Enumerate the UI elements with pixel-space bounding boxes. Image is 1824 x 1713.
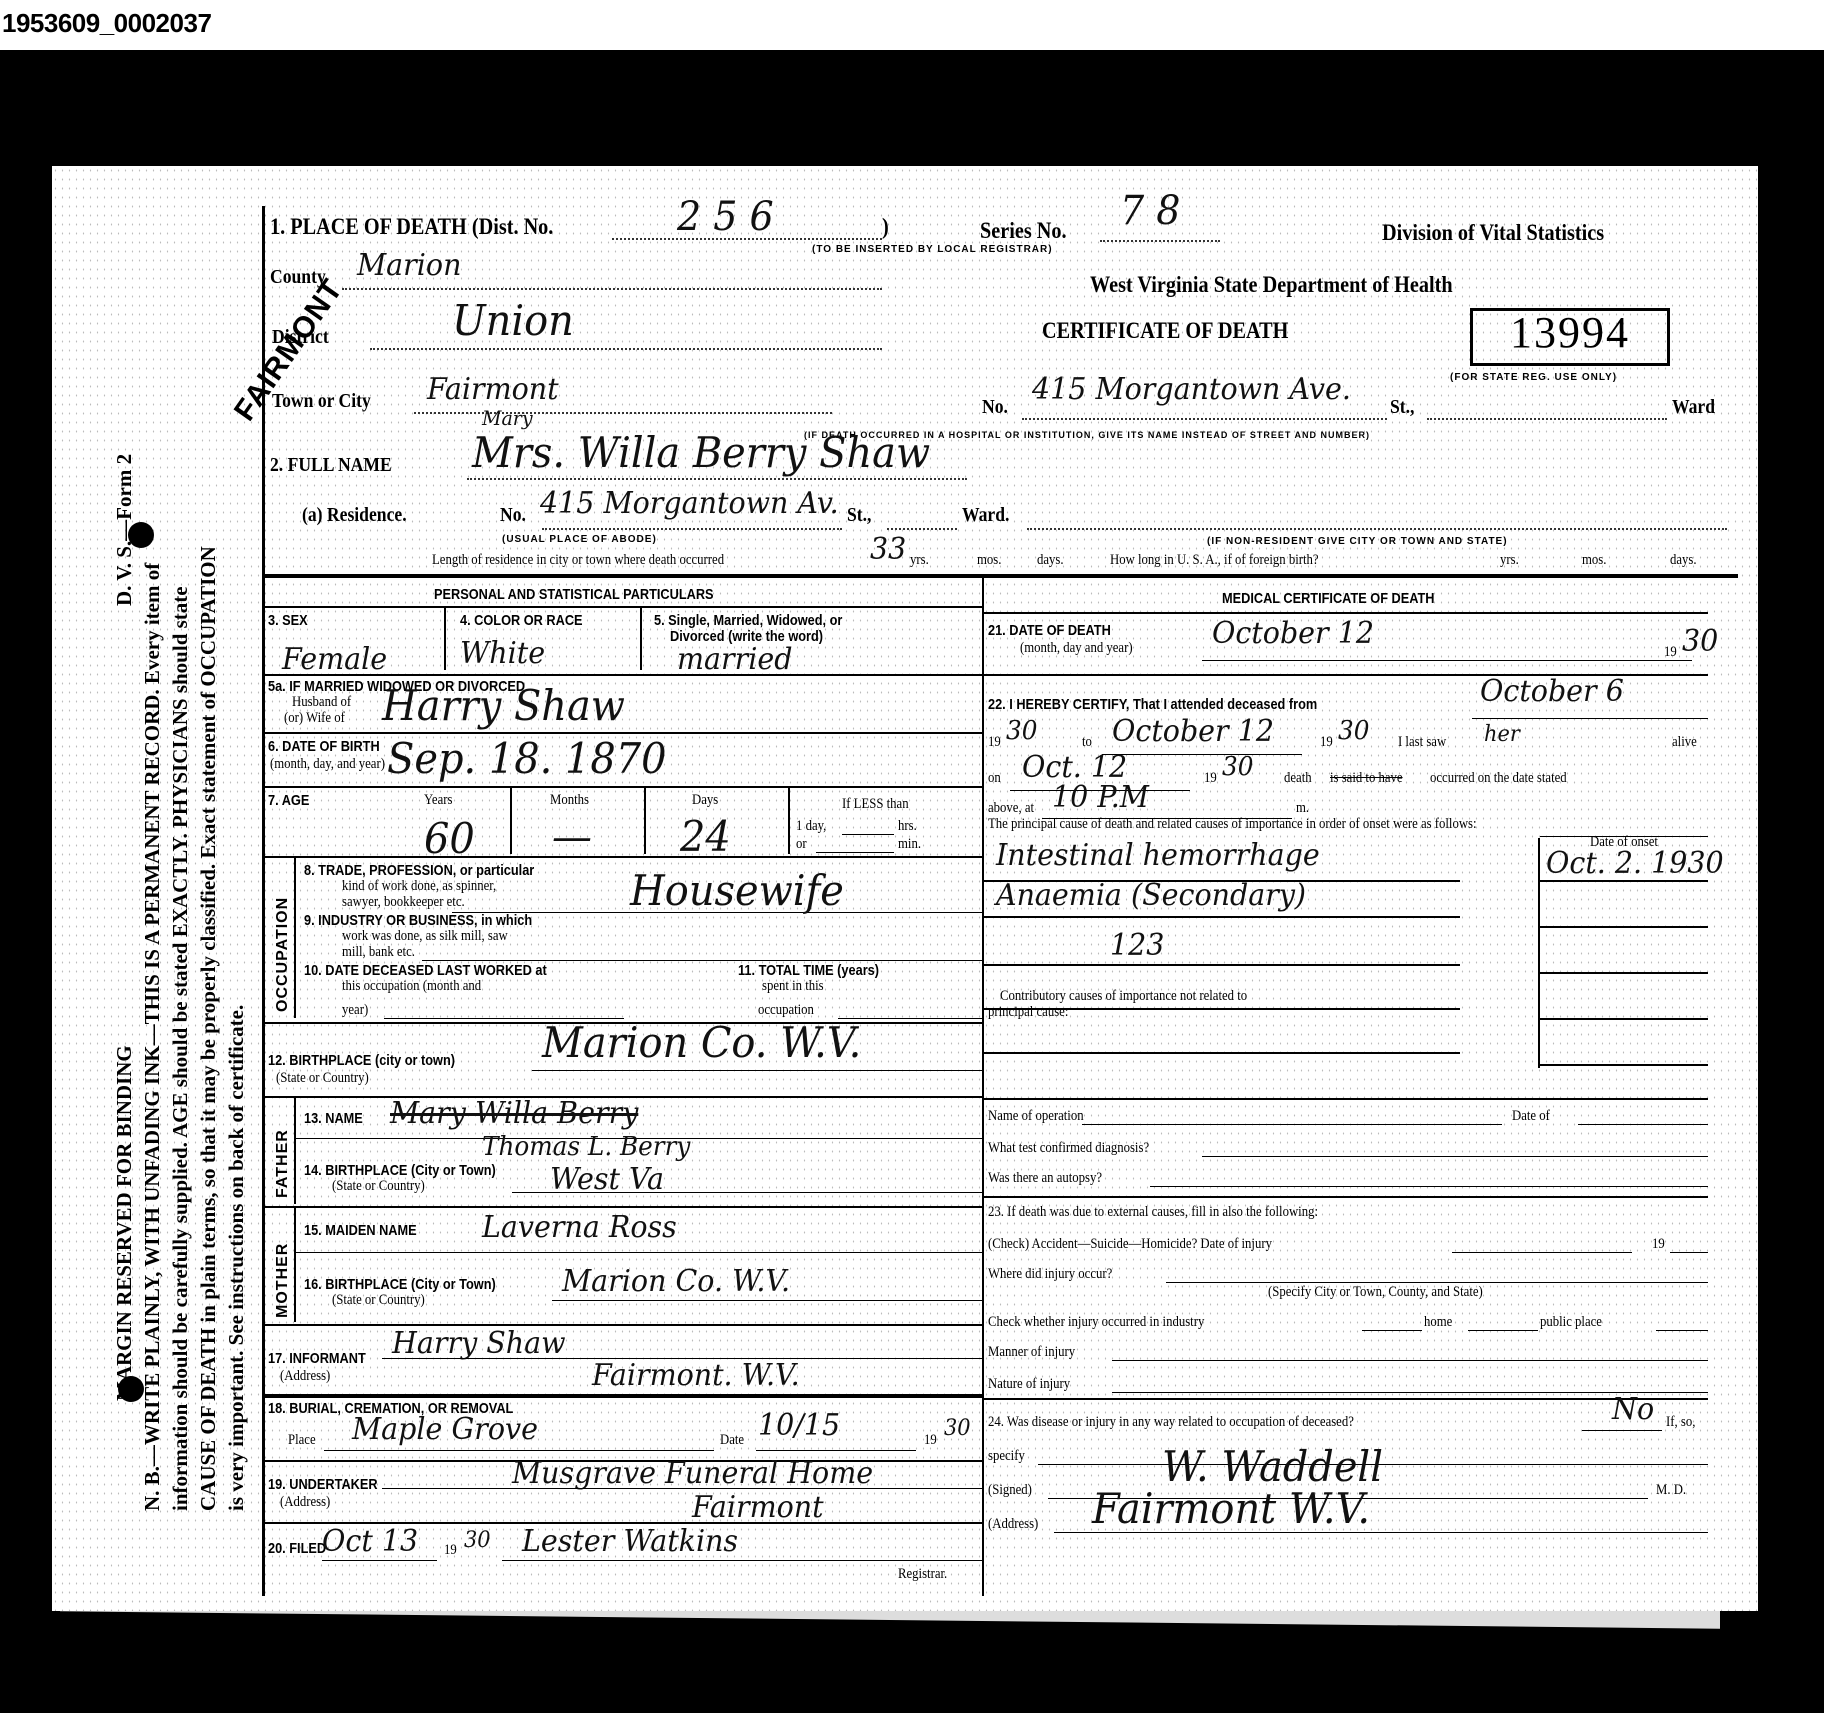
dod-year: 30 — [1682, 624, 1718, 659]
specify-label: specify — [988, 1448, 1025, 1465]
occupation-related-label: 24. Was disease or injury in any way rel… — [988, 1414, 1354, 1431]
trade-value: Housewife — [630, 866, 844, 915]
dist-no-value: 2 5 6 — [677, 194, 774, 240]
attended-from: October 6 — [1480, 674, 1624, 709]
header-divider — [264, 574, 1738, 578]
full-name-value: Mrs. Willa Berry Shaw — [472, 428, 930, 477]
age-label: 7. AGE — [268, 792, 309, 809]
dod-value: October 12 — [1212, 616, 1374, 651]
father-name-value: Thomas L. Berry — [482, 1132, 690, 1162]
physician-address-label: (Address) — [988, 1516, 1038, 1533]
external-causes-label: 23. If death was due to external causes,… — [988, 1204, 1318, 1221]
cause-3: 123 — [1110, 928, 1164, 963]
undertaker-name: Musgrave Funeral Home — [512, 1456, 873, 1491]
last-worked-label: 10. DATE DECEASED LAST WORKED at — [304, 962, 547, 979]
death-certificate-page: MARGIN RESERVED FOR BINDING D. V. S.—For… — [52, 166, 1758, 1611]
margin-binding-note: MARGIN RESERVED FOR BINDING — [112, 1045, 137, 1401]
sex-value: Female — [282, 642, 387, 677]
nature-of-injury-label: Nature of injury — [988, 1376, 1070, 1393]
series-no-value: 7 8 — [1120, 188, 1180, 234]
district-label: District — [272, 326, 329, 349]
place-of-death-label: 1. PLACE OF DEATH (Dist. No. — [270, 214, 553, 240]
county-value: Marion — [357, 248, 461, 283]
street-value: 415 Morgantown Ave. — [1032, 372, 1351, 407]
race-label: 4. COLOR OR RACE — [460, 612, 583, 629]
last-saw-year: 30 — [1222, 752, 1253, 782]
father-section-label: FATHER — [274, 1129, 292, 1198]
time-of-death: 10 P.M — [1052, 780, 1149, 815]
town-label: Town or City — [272, 390, 371, 413]
undertaker-address: Fairmont — [692, 1490, 824, 1525]
registrar-signature: Lester Watkins — [522, 1524, 738, 1559]
race-value: White — [460, 636, 545, 671]
certify-label: 22. I HEREBY CERTIFY, That I attended de… — [988, 696, 1317, 713]
father-name-label: 13. NAME — [304, 1110, 363, 1127]
registrar-label: Registrar. — [898, 1566, 947, 1583]
contributory-label: Contributory causes of importance not re… — [1000, 988, 1247, 1005]
burial-date-value: 10/15 — [758, 1408, 840, 1443]
cause-1: Intestinal hemorrhage — [996, 838, 1320, 873]
informant-name: Harry Shaw — [392, 1326, 566, 1361]
filed-date: Oct 13 — [322, 1524, 418, 1559]
age-months-value: — — [552, 812, 592, 861]
residence-value: 415 Morgantown Av. — [540, 486, 839, 521]
attended-from-year: 30 — [1006, 716, 1037, 746]
signed-label: (Signed) — [988, 1482, 1032, 1499]
residence-label: (a) Residence. — [302, 504, 407, 527]
manner-of-injury-label: Manner of injury — [988, 1344, 1075, 1361]
check-accident-label: (Check) Accident—Suicide—Homicide? Date … — [988, 1236, 1272, 1253]
residence-ward-label: Ward. — [962, 504, 1009, 527]
dob-label: 6. DATE OF BIRTH — [268, 738, 380, 755]
personal-heading: PERSONAL AND STATISTICAL PARTICULARS — [434, 586, 714, 603]
county-label: County — [270, 266, 326, 289]
onset-date-1: Oct. 2. 1930 — [1546, 846, 1724, 881]
date-of-operation-label: Date of — [1512, 1108, 1550, 1125]
occupation-section-label: OCCUPATION — [274, 897, 292, 1012]
industry-label: 9. INDUSTRY OR BUSINESS, in which — [304, 912, 532, 929]
birthplace-value: Marion Co. W.V. — [542, 1018, 861, 1067]
street-no-label: No. — [982, 396, 1008, 419]
series-no-label: Series No. — [980, 218, 1067, 244]
burial-place-value: Maple Grove — [352, 1412, 538, 1447]
test-confirmed-label: What test confirmed diagnosis? — [988, 1140, 1149, 1157]
form-left-border — [262, 206, 265, 1596]
physician-address: Fairmont W.V. — [1092, 1484, 1370, 1533]
total-time-label: 11. TOTAL TIME (years) — [738, 962, 879, 979]
maiden-name-label: 15. MAIDEN NAME — [304, 1222, 417, 1239]
division-title: Division of Vital Statistics — [1382, 220, 1604, 246]
town-value: Fairmont — [427, 372, 559, 407]
operation-label: Name of operation — [988, 1108, 1084, 1125]
full-name-label: 2. FULL NAME — [270, 454, 392, 477]
principal-cause-label: The principal cause of death and related… — [988, 816, 1477, 833]
center-divider — [982, 576, 984, 1596]
inserted-by-registrar-note: (TO BE INSERTED BY LOCAL REGISTRAR) — [812, 244, 1053, 255]
state-reg-note: (FOR STATE REG. USE ONLY) — [1450, 372, 1617, 383]
last-saw-pronoun: her — [1484, 722, 1520, 747]
autopsy-label: Was there an autopsy? — [988, 1170, 1102, 1187]
full-name-insert: Mary — [482, 406, 533, 430]
informant-label: 17. INFORMANT — [268, 1350, 366, 1367]
burial-year-value: 30 — [944, 1416, 971, 1441]
length-of-residence-value: 33 — [870, 532, 906, 567]
md-label: M. D. — [1656, 1482, 1686, 1499]
certificate-number: 13994 — [1510, 308, 1630, 357]
attended-to-year: 30 — [1338, 716, 1369, 746]
age-days-value: 24 — [680, 812, 731, 861]
mother-birthplace-label: 16. BIRTHPLACE (City or Town) — [304, 1276, 496, 1293]
punch-hole — [118, 1376, 144, 1402]
mother-birthplace-value: Marion Co. W.V. — [562, 1264, 790, 1299]
filed-label: 20. FILED — [268, 1540, 326, 1557]
medical-heading: MEDICAL CERTIFICATE OF DEATH — [1222, 590, 1435, 607]
district-value: Union — [452, 296, 574, 345]
filed-year: 30 — [464, 1528, 491, 1553]
mother-section-label: MOTHER — [274, 1243, 292, 1318]
father-birthplace-label: 14. BIRTHPLACE (City or Town) — [304, 1162, 496, 1179]
dod-label: 21. DATE OF DEATH — [988, 622, 1111, 639]
cause-2: Anaemia (Secondary) — [996, 878, 1306, 913]
marital-value: married — [677, 642, 792, 677]
margin-instruction-1: N. B.—WRITE PLAINLY, WITH UNFADING INK—T… — [140, 563, 165, 1511]
industry-check-label: Check whether injury occurred in industr… — [988, 1314, 1204, 1331]
maiden-name-value: Laverna Ross — [482, 1210, 677, 1245]
length-of-residence-label: Length of residence in city or town wher… — [432, 552, 724, 569]
father-name-struck: Mary Willa Berry — [390, 1096, 638, 1131]
sex-label: 3. SEX — [268, 612, 308, 629]
margin-instruction-3: CAUSE OF DEATH in plain terms, so that i… — [196, 546, 221, 1511]
trade-label: 8. TRADE, PROFESSION, or particular — [304, 862, 534, 879]
certificate-title: CERTIFICATE OF DEATH — [1042, 318, 1288, 344]
certificate-number-box: 13994 — [1470, 308, 1670, 366]
top-banner: 1953609_0002037 — [0, 0, 1824, 50]
informant-address: Fairmont. W.V. — [592, 1358, 800, 1393]
occupation-related-value: No — [1612, 1392, 1654, 1427]
punch-hole — [128, 522, 154, 548]
birthplace-label: 12. BIRTHPLACE (city or town) — [268, 1052, 455, 1069]
document-id: 1953609_0002037 — [2, 8, 211, 39]
margin-instruction-2: information should be carefully supplied… — [168, 586, 193, 1511]
ward-label: Ward — [1672, 396, 1715, 419]
marital-label: 5. Single, Married, Widowed, or — [654, 612, 842, 629]
department-title: West Virginia State Department of Health — [1090, 272, 1453, 298]
attended-to: October 12 — [1112, 714, 1274, 749]
where-injury-label: Where did injury occur? — [988, 1266, 1112, 1283]
spouse-value: Harry Shaw — [382, 681, 625, 730]
dob-value: Sep. 18. 1870 — [387, 734, 667, 783]
margin-instruction-4: is very important. See instructions on b… — [224, 1005, 249, 1511]
undertaker-label: 19. UNDERTAKER — [268, 1476, 378, 1493]
